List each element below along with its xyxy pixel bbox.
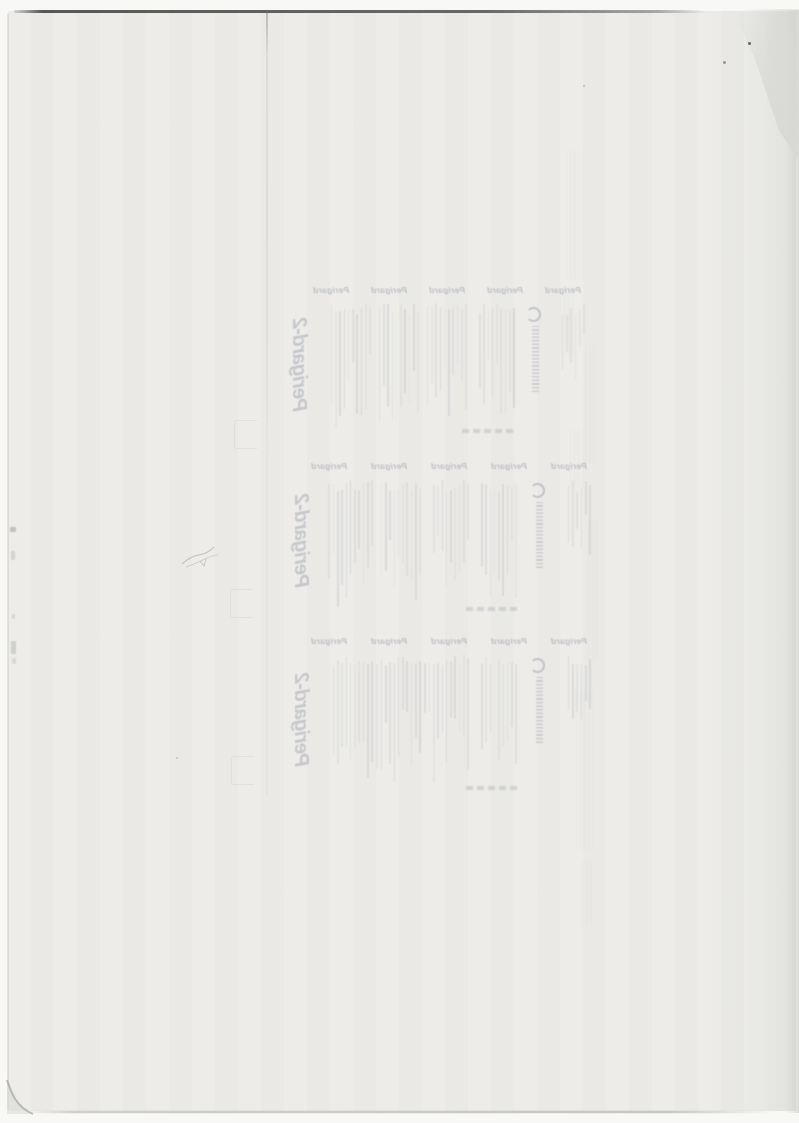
panel-header: Perigard (371, 285, 407, 295)
text-column (425, 303, 467, 421)
bleed-through-smudge (566, 150, 584, 280)
company-logo (519, 307, 545, 392)
leaflet-body: Perigard-2 (281, 646, 597, 788)
scan-edge-top (14, 10, 706, 13)
scan-edge-left (7, 14, 9, 1110)
product-title-vertical: Perigard-2 (287, 313, 311, 417)
leaflet-body: Perigard-2 (281, 471, 597, 603)
scan-edge-right (786, 10, 799, 1113)
binding-mark (12, 614, 15, 619)
panel-header: Perigard (371, 636, 407, 646)
text-column (555, 479, 591, 597)
product-title-vertical: Perigard-2 (289, 668, 313, 772)
die-cut-mark (231, 756, 254, 785)
circle-monogram-logo-icon (530, 483, 545, 498)
text-column (555, 654, 591, 772)
bleed-through-smudge (582, 860, 594, 926)
circle-monogram-logo-icon (530, 658, 545, 673)
panel-header: Perigard (311, 461, 347, 471)
page-corner-curl (5, 1077, 35, 1117)
text-column (427, 654, 469, 782)
fine-print-smudge (461, 429, 513, 433)
company-name-vertical-smudge (536, 677, 543, 743)
ink-speck (176, 757, 178, 759)
ink-speck (748, 42, 751, 45)
label-block: Perigard Perigard Perigard Perigard Peri… (283, 281, 591, 431)
company-logo (523, 658, 549, 743)
product-title-vertical: Perigard-2 (289, 489, 313, 593)
panel-header: Perigard (371, 461, 407, 471)
panel-header-row: Perigard Perigard Perigard Perigard Peri… (281, 632, 597, 646)
die-cut-mark (234, 420, 257, 449)
panel-header: Perigard (431, 636, 467, 646)
company-logo (523, 483, 549, 568)
panel-header: Perigard (429, 285, 465, 295)
company-name-vertical-smudge (536, 502, 543, 568)
scanned-page: Perigard Perigard Perigard Perigard Peri… (0, 0, 799, 1123)
panel-header-row: Perigard Perigard Perigard Perigard Peri… (283, 281, 591, 295)
text-column (379, 654, 421, 782)
text-column (329, 303, 371, 421)
panel-header: Perigard (551, 636, 587, 646)
text-column (475, 479, 517, 597)
binding-mark (12, 658, 16, 664)
text-column (377, 303, 419, 421)
panel-header: Perigard (313, 285, 349, 295)
binding-mark (11, 551, 15, 560)
binding-mark (11, 641, 16, 654)
ink-speck (723, 61, 726, 64)
fold-crease-line (266, 11, 268, 455)
text-column (473, 303, 515, 421)
panel-header-row: Perigard Perigard Perigard Perigard Peri… (281, 457, 597, 471)
panel-header: Perigard (545, 285, 581, 295)
leaflet-body: Perigard-2 (283, 295, 591, 427)
company-name-vertical-smudge (532, 326, 539, 392)
text-column (427, 479, 469, 597)
ink-speck (583, 85, 585, 87)
fine-print-smudge (465, 786, 517, 790)
panel-header: Perigard (311, 636, 347, 646)
text-column (331, 654, 373, 782)
text-column (475, 654, 517, 782)
fine-print-smudge (465, 607, 517, 611)
text-column (379, 479, 421, 597)
panel-header: Perigard (491, 636, 527, 646)
text-column (331, 479, 373, 597)
panel-header: Perigard (431, 461, 467, 471)
label-block: Perigard Perigard Perigard Perigard Peri… (281, 632, 597, 792)
panel-header: Perigard (551, 461, 587, 471)
text-column (549, 303, 585, 421)
binding-mark (10, 527, 16, 532)
scan-edge-bottom (22, 1111, 774, 1113)
fold-crease-line-faint (266, 455, 268, 795)
panel-header: Perigard (491, 461, 527, 471)
circle-monogram-logo-icon (526, 307, 541, 322)
label-block: Perigard Perigard Perigard Perigard Peri… (281, 457, 597, 607)
die-cut-mark (230, 589, 253, 618)
panel-header: Perigard (487, 285, 523, 295)
pencil-squiggle-annotation (176, 533, 230, 575)
